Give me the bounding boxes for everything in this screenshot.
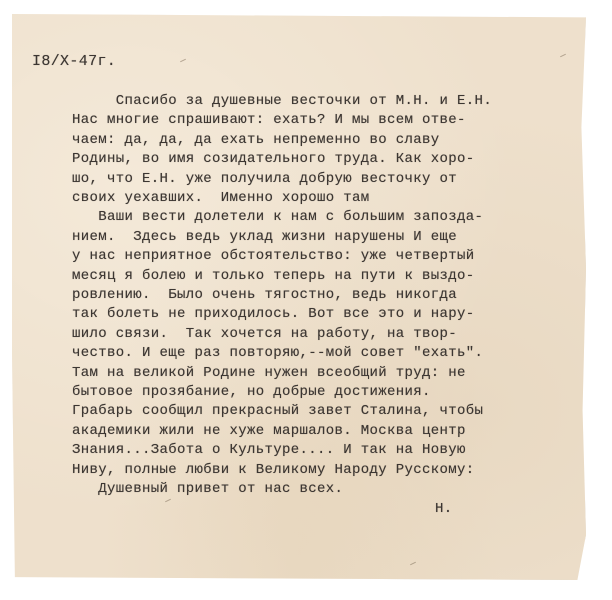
letter-line: чество. И еще раз повторяю,--мой совет "… [72,344,483,363]
letter-line: Родины, во имя созидательного труда. Как… [72,150,475,169]
letter-signature: Н. [435,500,453,519]
letter-line: своих уехавших. Именно хорошо там [72,189,370,208]
letter-line: так болеть не приходилось. Вот все это и… [72,305,475,324]
letter-line: у нас неприятное обстоятельство: уже чет… [72,247,475,266]
letter-line: академики жили не хуже маршалов. Москва … [72,422,466,441]
letter-line: Душевный привет от нас всех. [72,480,343,499]
letter-line: Там на великой Родине нужен всеобщий тру… [72,364,466,383]
letter-line: ровлению. Было очень тягостно, ведь нико… [72,286,457,305]
letter-line: шило связи. Так хочется на работу, на тв… [72,325,457,344]
letter-line: Нас многие спрашивают: ехать? И мы всем … [72,111,466,130]
letter-line: Ниву, полные любви к Великому Народу Рус… [72,461,475,480]
letter-line: Знания...Забота о Культуре.... И так на … [72,441,466,460]
letter-line: шо, что Е.Н. уже получила добрую весточк… [72,170,457,189]
letter-line: нием. Здесь ведь уклад жизни нарушены И … [72,228,457,247]
letter-line: Ваши вести долетели к нам с большим запо… [72,208,483,227]
letter-line: Спасибо за душевные весточки от М.Н. и Е… [72,92,492,111]
letter-line: Грабарь сообщил прекрасный завет Сталина… [72,402,483,421]
letter-line: месяц я болею и только теперь на пути к … [72,267,475,286]
letter-line: чаем: да, да, да ехать непременно во сла… [72,131,440,150]
letter-line: бытовое прозябание, но добрые достижения… [72,383,431,402]
letter-date: I8/X-47г. [32,52,116,71]
